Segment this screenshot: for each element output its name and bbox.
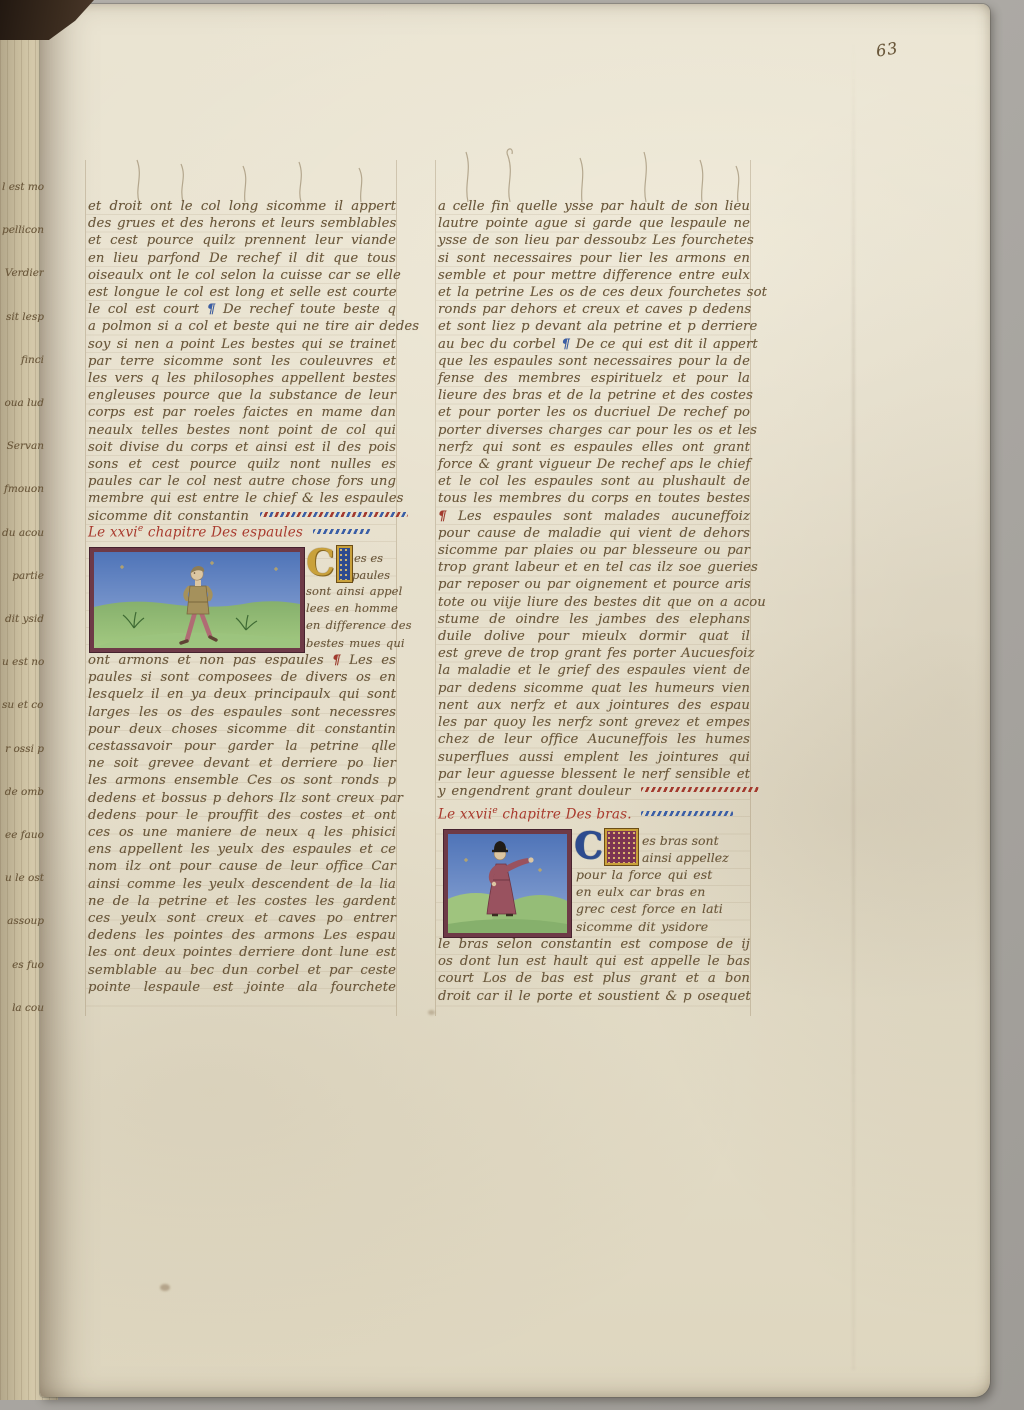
text-line: force & grant vigueur De rechef aps le c… <box>438 456 750 473</box>
manuscript-photo: l est molpelliconeVerdiersit lespfinciou… <box>0 0 1024 1410</box>
text-line: cestassavoir pour garder la petrine qlle <box>88 738 396 755</box>
text-line: semble et pour mettre difference entre e… <box>438 267 750 284</box>
text-line: lesquelz il en ya deux principaulx qui s… <box>88 686 396 703</box>
text-line: par dedens sicomme quat les humeurs vien <box>438 680 750 697</box>
text-line: sicomme dit ysidore <box>576 918 750 935</box>
text-line: si sont necessaires pour lier les armons… <box>438 250 750 267</box>
text-line: oua lud <box>2 382 44 425</box>
text-line: ronds par dehors et creux et caves p ded… <box>438 301 750 318</box>
text-line: soy si nen a point Les bestes qui se tra… <box>88 336 396 353</box>
text-line: stume de oindre les jambes des elephans <box>438 611 750 628</box>
text-line: fense des membres espirituelz et pour la <box>438 370 750 387</box>
chapter-rubric-espaules: Le xxvie chapitre Des espaules <box>88 524 396 541</box>
text-line: en eulx car bras en <box>576 883 750 900</box>
text-line: paules car le col nest autre chose fors … <box>88 473 396 490</box>
text-line: a polmon si a col et beste qui ne tire a… <box>88 318 396 335</box>
text-line: neaulx telles bestes nont point de col q… <box>88 422 396 439</box>
text-line: duile dolive pour mieulx dormir quat il <box>438 628 750 645</box>
text-line: par leur aguesse blessent le nerf sensib… <box>438 766 750 783</box>
text-line: os dont lun est hault qui est appelle le… <box>438 953 750 970</box>
text-line: au bec du corbel ¶ De ce qui est dit il … <box>438 336 750 353</box>
text-line: porter diverses charges car pour les os … <box>438 422 750 439</box>
text-line: assoup <box>2 900 44 943</box>
text-line: dedens les pointes des armons Les espau <box>88 927 396 944</box>
text-line: finci <box>2 339 44 382</box>
initial-ornament <box>605 829 638 865</box>
text-line: lees en homme <box>306 600 398 617</box>
right-column-text-upper: a celle fin quelle ysse par hault de son… <box>438 198 750 800</box>
text-line: ee fauo <box>2 814 44 857</box>
text-line: et cest pource quilz prennent leur viand… <box>88 232 396 249</box>
text-line: lautre pointe ague si garde que lespaule… <box>438 215 750 232</box>
chapter-rubric-bras: Le xxviie chapitre Des bras. <box>438 806 750 823</box>
text-line: y engendrent grant douleur <box>438 783 750 800</box>
text-line: nom ilz ont pour cause de leur office Ca… <box>88 858 396 875</box>
rubric-text: Le xxvii <box>438 807 492 823</box>
text-line: pellicone <box>2 209 44 252</box>
text-line: la cou <box>2 987 44 1030</box>
text-line: dedens pour le prouffit des costes et on… <box>88 807 396 824</box>
text-line: tote ou viije liure des bestes dit que o… <box>438 594 750 611</box>
side-text-line: es bras sont <box>642 832 719 849</box>
text-line: ne de la petrine et les costes les garde… <box>88 893 396 910</box>
text-line: ainsi comme les yeulx descendent de la l… <box>88 876 396 893</box>
text-line: chez de leur office Aucuneffois les hume… <box>438 731 750 748</box>
text-line: fmouon <box>2 468 44 511</box>
text-line: les vers q les philosophes appellent bes… <box>88 370 396 387</box>
text-line: partie <box>2 555 44 598</box>
parchment-crease <box>852 40 855 1370</box>
text-line: paules si sont composees de divers os en <box>88 669 396 686</box>
text-line: court Los de bas est plus grant et a bon <box>438 970 750 987</box>
text-line: oiseaulx ont le col selon la cuisse car … <box>88 267 396 284</box>
text-line: corps est par roeles faictes en mame dan <box>88 404 396 421</box>
text-line: sicomme dit constantin <box>88 508 396 525</box>
text-line: soit divise du corps et ainsi est il des… <box>88 439 396 456</box>
text-line: trop grant labeur et en tel cas ilz soe … <box>438 559 750 576</box>
decorated-initial-espaules: C <box>306 546 352 582</box>
right-column-text-lower: le bras selon constantin est compose de … <box>438 936 750 1005</box>
ascender-flourishes-left <box>125 156 390 202</box>
facing-page-text-fragments: l est molpelliconeVerdiersit lespfinciou… <box>2 166 44 1030</box>
text-line: dedens et bossus p dehors Ilz sont creux… <box>88 790 396 807</box>
text-line: sons et cest pource quilz nont nulles es <box>88 456 396 473</box>
text-line: u le ost <box>2 857 44 900</box>
text-line: l est mol <box>2 166 44 209</box>
text-line: grec cest force en lati <box>576 900 750 917</box>
miniature-man-in-field <box>90 548 304 652</box>
text-line: droit car il le porte et soustient & p o… <box>438 988 750 1005</box>
text-line: et sont liez p devant ala petrine et p d… <box>438 318 750 335</box>
text-line: lieure des bras et de la petrine et des … <box>438 387 750 404</box>
right-column-side-text: pour la force qui esten eulx car bras en… <box>576 866 750 935</box>
left-column-text-lower: ont armons et non pas espaules ¶ Les esp… <box>88 652 396 996</box>
text-line: et la petrine Les os de ces deux fourche… <box>438 284 750 301</box>
rubric-text-rest: chapitre Des espaules <box>143 525 303 541</box>
rubric-text-rest: chapitre Des bras. <box>498 807 632 823</box>
parchment-stain <box>160 1284 170 1291</box>
initial-ornament <box>337 546 352 582</box>
text-line: ne soit grevee devant et derriere po lie… <box>88 755 396 772</box>
text-line: nerfz qui sont es espaules elles ont gra… <box>438 439 750 456</box>
line-filler <box>641 811 733 816</box>
text-line: superflues aussi emplent les jointures q… <box>438 749 750 766</box>
text-line: des grues et des herons et leurs semblab… <box>88 215 396 232</box>
line-filler <box>641 787 759 792</box>
text-line: ces os une maniere de neux q les phisici <box>88 824 396 841</box>
ascender-flourishes-right <box>450 144 755 202</box>
text-line: que les espaules sont necessaires pour l… <box>438 353 750 370</box>
side-text-line: paules <box>352 567 390 584</box>
text-line: et pour porter les os ducriuel De rechef… <box>438 404 750 421</box>
text-line: le bras selon constantin est compose de … <box>438 936 750 953</box>
text-line: nent aux nerfz et aux jointures des espa… <box>438 697 750 714</box>
left-column-side-text: sont ainsi appellees en hommeen differen… <box>306 583 398 652</box>
text-line: et le col les espaules sont au plushault… <box>438 473 750 490</box>
folio-number: 63 <box>875 38 900 60</box>
text-line: ces yeulx sont creux et caves po entrer <box>88 910 396 927</box>
text-line: de omb <box>2 771 44 814</box>
text-line: le col est court ¶ De rechef toute beste… <box>88 301 396 318</box>
text-line: semblable au bec dun corbel et par ceste <box>88 962 396 979</box>
text-line: la maladie et le grief des espaules vien… <box>438 662 750 679</box>
text-line: Verdier <box>2 252 44 295</box>
text-line: dit ysid <box>2 598 44 641</box>
text-line: du acou <box>2 512 44 555</box>
text-line: ens appellent les yeulx des espaules et … <box>88 841 396 858</box>
text-line: est greve de trop grant fes porter Aucue… <box>438 645 750 662</box>
line-filler <box>313 529 371 534</box>
text-line: bestes mues qui <box>306 635 398 652</box>
text-line: en lieu parfond De rechef il dit que tou… <box>88 250 396 267</box>
initial-letter: C <box>306 546 335 582</box>
text-line: en difference des <box>306 617 398 634</box>
side-text-line: ainsi appellez <box>642 849 729 866</box>
text-line: tous les membres du corps en toutes best… <box>438 490 750 507</box>
text-line: a celle fin quelle ysse par hault de son… <box>438 198 750 215</box>
line-filler <box>260 512 408 517</box>
text-line: u est non <box>2 641 44 684</box>
left-column-text-upper: et droit ont le col long sicomme il appe… <box>88 198 396 525</box>
text-line: larges les os des espaules sont necessre… <box>88 704 396 721</box>
miniature-man-pointing <box>444 830 571 937</box>
decorated-initial-bras: C <box>574 829 638 865</box>
text-line: Servan <box>2 425 44 468</box>
text-line: sont ainsi appel <box>306 583 398 600</box>
text-line: es fuo <box>2 944 44 987</box>
text-line: r ossi p <box>2 728 44 771</box>
text-line: pour deux choses sicomme dit constantin <box>88 721 396 738</box>
text-line: par terre sicomme sont les couleuvres et <box>88 353 396 370</box>
text-line: et droit ont le col long sicomme il appe… <box>88 198 396 215</box>
text-line: membre qui est entre le chief & les espa… <box>88 490 396 507</box>
text-line: ¶ Les espaules sont malades aucuneffoiz <box>438 508 750 525</box>
initial-letter: C <box>574 829 603 865</box>
text-line: sit lesp <box>2 296 44 339</box>
text-line: pointe lespaule est jointe ala fourchete <box>88 979 396 996</box>
parchment-stain <box>428 1010 435 1015</box>
text-line: les ont deux pointes derriere dont lune … <box>88 944 396 961</box>
text-line: pour la force qui est <box>576 866 750 883</box>
text-line: les par quoy les nerfz sont grevez et em… <box>438 714 750 731</box>
text-line: par reposer ou par oignement et pource a… <box>438 576 750 593</box>
text-line: sicomme par plaies ou par blesseure ou p… <box>438 542 750 559</box>
text-line: ont armons et non pas espaules ¶ Les es <box>88 652 396 669</box>
side-text-line: es es <box>354 550 383 567</box>
text-line: su et con <box>2 684 44 727</box>
text-line: ysse de son lieu par dessoubz Les fourch… <box>438 232 750 249</box>
text-line: engleuses pource que la substance de leu… <box>88 387 396 404</box>
text-line: les armons ensemble Ces os sont ronds p <box>88 772 396 789</box>
rubric-text: Le xxvi <box>88 525 138 541</box>
text-line: pour cause de maladie qui vient de dehor… <box>438 525 750 542</box>
text-line: est longue le col est long et selle est … <box>88 284 396 301</box>
